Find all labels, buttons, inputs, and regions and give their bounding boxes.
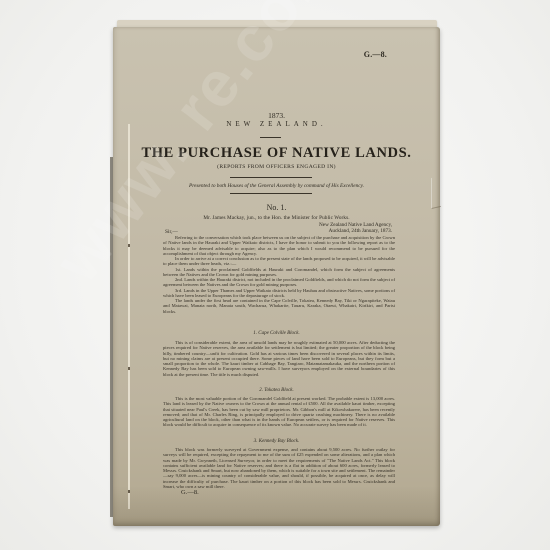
paragraph: In order to arrive at a correct conclusi… (163, 256, 395, 267)
binding-thread (128, 124, 130, 509)
section-text: This is of considerable extent, the area… (163, 340, 395, 377)
divider-rule (230, 193, 312, 194)
paper-reference-top: G.—8. (364, 50, 387, 59)
section-heading: 2. Tokatea Block. (113, 388, 440, 393)
section-text: This is the most valuable portion of the… (163, 396, 395, 428)
document-country: NEW ZEALAND. (113, 120, 440, 128)
document-subtitle: (REPORTS FROM OFFICERS ENGAGED IN) (113, 164, 440, 170)
paper-reference-bottom: G.—8. (181, 489, 199, 496)
paragraph: This is the most valuable portion of the… (163, 396, 395, 428)
letter-from-to: Mr. James Mackay, jun., to the Hon. the … (113, 215, 440, 221)
section-text: This block was formerly surveyed at Gove… (163, 447, 395, 489)
paragraph: Referring to the conversation which took… (163, 235, 395, 256)
divider-rule (230, 177, 312, 178)
letter-address: New Zealand Native Land Agency, Auckland… (319, 222, 392, 235)
section-heading: 3. Kennedy Bay Block. (113, 439, 440, 444)
presented-note: Presented to both Houses of the General … (113, 183, 440, 189)
letter-date: Auckland, 24th January, 1873. (319, 228, 392, 234)
paragraph: 2nd. Lands within the Hauraki district, … (163, 277, 395, 288)
letter-number: No. 1. (113, 203, 440, 212)
paragraph: 1st. Lands within the proclaimed Goldfie… (163, 267, 395, 278)
document-page: G.—8. 1873. NEW ZEALAND. THE PURCHASE OF… (113, 27, 440, 526)
document-year: 1873. (113, 111, 440, 120)
divider-rule (260, 137, 281, 138)
paragraph: This is of considerable extent, the area… (163, 340, 395, 377)
paragraph: This block was formerly surveyed at Gove… (163, 447, 395, 489)
section-heading: 1. Cape Colville Block. (113, 331, 440, 336)
intro-text: Referring to the conversation which took… (163, 235, 395, 314)
document-title: THE PURCHASE OF NATIVE LANDS. (113, 145, 440, 162)
paragraph: 3rd. Lands in the Upper Thames and Upper… (163, 288, 395, 299)
paragraph: The lands under the first head are conta… (163, 298, 395, 314)
